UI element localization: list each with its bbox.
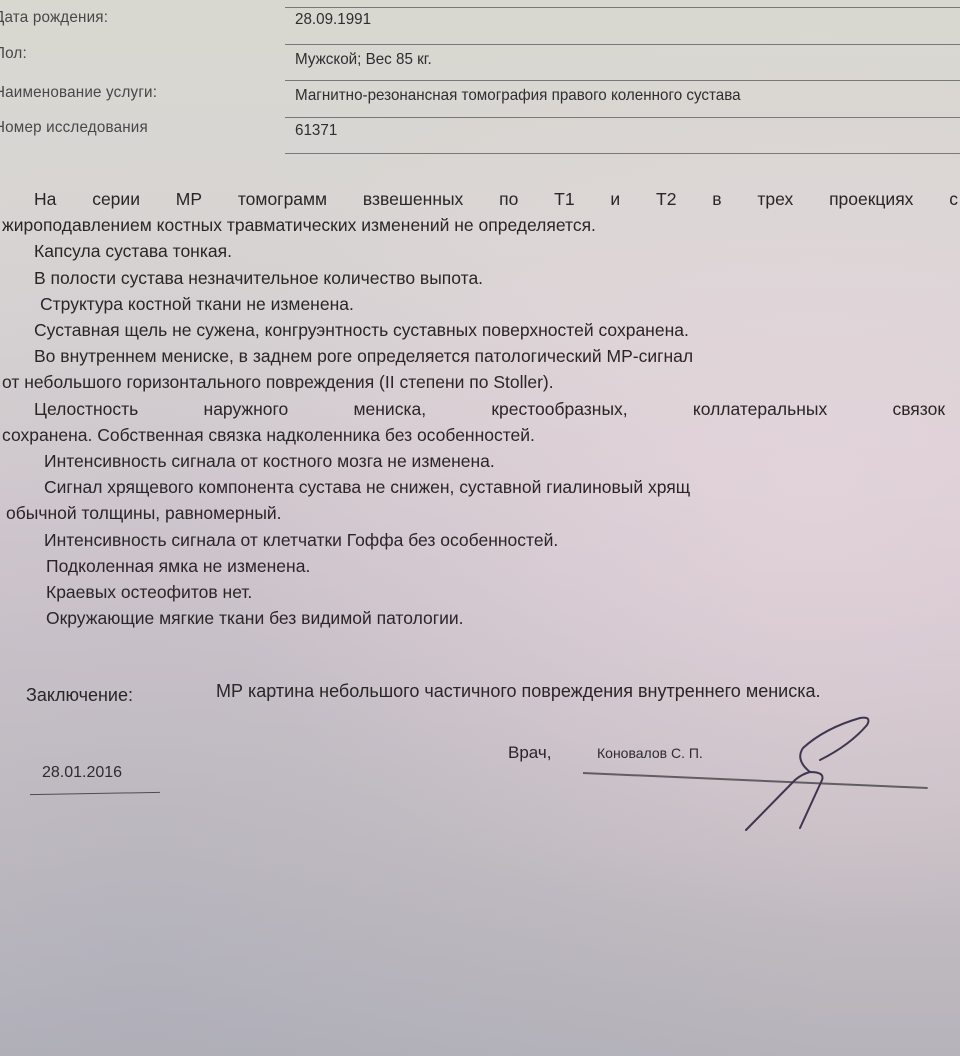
sex-label: Пол: (0, 45, 27, 63)
mri-report-page: Дата рождения: 28.09.1991 Пол: Мужской; … (0, 0, 960, 1056)
doctor-label: Врач, (508, 743, 551, 763)
service-label: Наименование услуги: (0, 84, 157, 102)
field-rule (285, 80, 960, 81)
field-rule (285, 7, 960, 8)
service-value: Магнитно-резонансная томография правого … (295, 87, 741, 105)
study-number-label: Номер исследования (0, 119, 148, 137)
conclusion-label: Заключение: (26, 685, 133, 706)
findings-line: Суставная щель не сужена, конгруэнтность… (0, 317, 960, 343)
findings-line: Интенсивность сигнала от костного мозга … (0, 448, 960, 474)
findings-line: обычной толщины, равномерный. (6, 500, 960, 526)
field-rule (285, 117, 960, 118)
field-rule (285, 153, 960, 154)
birthdate-label: Дата рождения: (0, 9, 108, 27)
findings-line: Во внутреннем мениске, в заднем роге опр… (0, 343, 960, 369)
sex-weight-value: Мужской; Вес 85 кг. (295, 51, 432, 69)
findings-line: Сигнал хрящевого компонента сустава не с… (0, 474, 960, 500)
findings-line: На серии МР томограмм взвешенных по Т1 и… (0, 186, 958, 212)
findings-line: Капсула сустава тонкая. (0, 238, 960, 264)
findings-line: В полости сустава незначительное количес… (0, 265, 960, 291)
findings-text: На серии МР томограмм взвешенных по Т1 и… (0, 186, 960, 631)
findings-line: Интенсивность сигнала от клетчатки Гоффа… (0, 527, 960, 553)
findings-line: от небольшого горизонтального повреждени… (2, 369, 960, 395)
signature-icon (700, 700, 960, 880)
findings-line: Подколенная ямка не изменена. (0, 553, 960, 579)
study-number-value: 61371 (295, 122, 337, 140)
findings-line: Целостность наружного мениска, крестообр… (0, 396, 945, 422)
findings-line: Структура костной ткани не изменена. (0, 291, 960, 317)
birthdate-value: 28.09.1991 (295, 11, 371, 29)
date-rule (30, 792, 160, 795)
report-date: 28.01.2016 (42, 764, 122, 782)
doctor-name: Коновалов С. П. (597, 745, 703, 761)
findings-line: сохранена. Собственная связка надколенни… (2, 422, 960, 448)
findings-line: Окружающие мягкие ткани без видимой пато… (0, 605, 960, 631)
findings-line: Краевых остеофитов нет. (0, 579, 960, 605)
findings-line: жироподавлением костных травматических и… (2, 212, 960, 238)
field-rule (285, 44, 960, 45)
